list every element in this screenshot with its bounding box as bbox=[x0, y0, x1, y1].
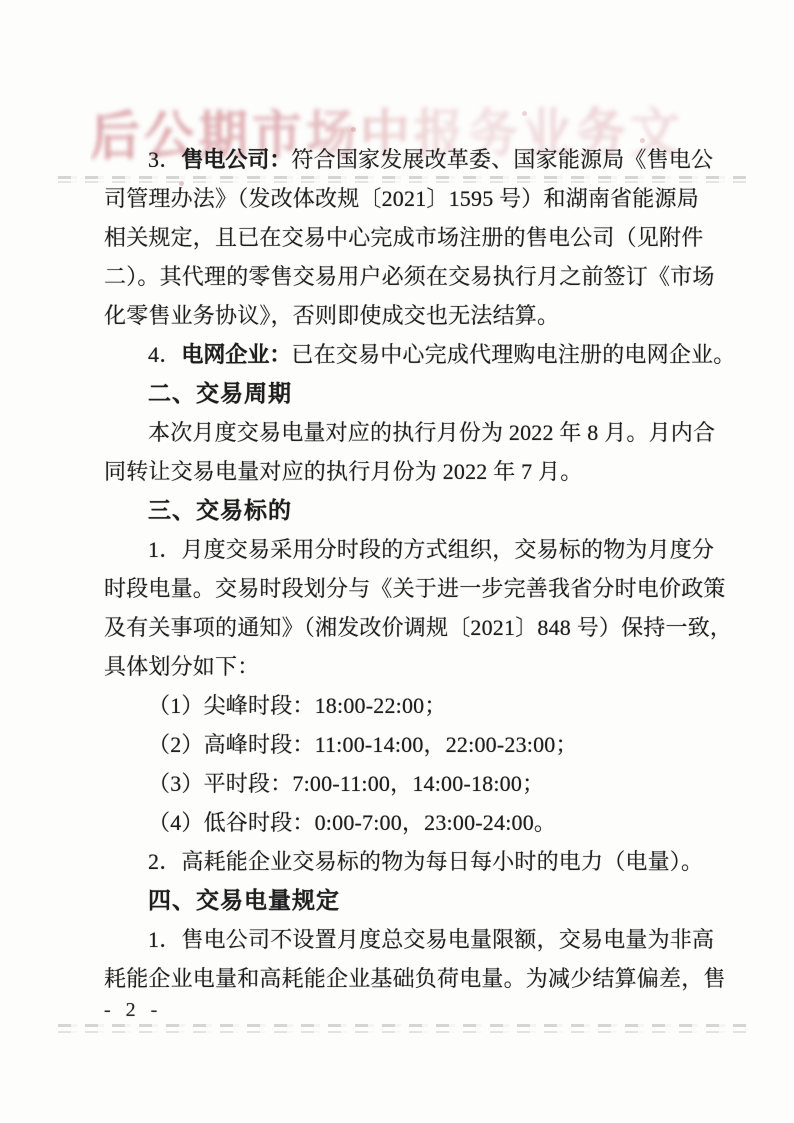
document-text-line: 司管理办法》（发改体改规〔2021〕1595 号）和湖南省能源局 bbox=[104, 179, 722, 218]
text-segment: 1．售电公司不设置月度总交易电量限额，交易电量为非高 bbox=[148, 927, 714, 952]
document-lines: 3．售电公司：符合国家发展改革委、国家能源局《售电公司管理办法》（发改体改规〔2… bbox=[104, 140, 722, 998]
document-text-line: 相关规定，且已在交易中心完成市场注册的售电公司（见附件 bbox=[104, 218, 722, 257]
text-segment: 符合国家发展改革委、国家能源局《售电公 bbox=[291, 147, 713, 172]
document-text-line: （3）平时段：7:00-11:00，14:00-18:00； bbox=[104, 764, 722, 803]
text-segment: （1）尖峰时段：18:00-22:00； bbox=[148, 693, 447, 718]
text-segment: 4． bbox=[148, 342, 181, 367]
text-segment: 售电公司： bbox=[181, 147, 291, 172]
document-text-line: （2）高峰时段：11:00-14:00，22:00-23:00； bbox=[104, 725, 722, 764]
text-segment: （3）平时段：7:00-11:00，14:00-18:00； bbox=[148, 771, 544, 796]
document-text-line: 同转让交易电量对应的执行月份为 2022 年 7 月。 bbox=[104, 452, 722, 491]
text-segment: 时段电量。交易时段划分与《关于进一步完善我省分时电价政策 bbox=[104, 576, 726, 601]
text-segment: 具体划分如下： bbox=[104, 654, 259, 679]
document-text-line: 2．高耗能企业交易标的物为每日每小时的电力（电量）。 bbox=[104, 842, 722, 881]
document-text-line: 具体划分如下： bbox=[104, 647, 722, 686]
document-text-line: 本次月度交易电量对应的执行月份为 2022 年 8 月。月内合 bbox=[104, 413, 722, 452]
text-segment: （2）高峰时段：11:00-14:00，22:00-23:00； bbox=[148, 732, 578, 757]
section-heading-line: 四、交易电量规定 bbox=[104, 881, 722, 920]
text-segment: 已在交易中心完成代理购电注册的电网企业。 bbox=[291, 342, 735, 367]
document-text-line: 1．售电公司不设置月度总交易电量限额，交易电量为非高 bbox=[104, 920, 722, 959]
text-segment: 相关规定，且已在交易中心完成市场注册的售电公司（见附件 bbox=[104, 225, 703, 250]
text-segment: 3． bbox=[148, 147, 181, 172]
text-segment: 2．高耗能企业交易标的物为每日每小时的电力（电量）。 bbox=[148, 849, 703, 874]
text-segment: 耗能企业电量和高耗能企业基础负荷电量。为减少结算偏差，售 bbox=[104, 966, 726, 991]
document-text-line: 3．售电公司：符合国家发展改革委、国家能源局《售电公 bbox=[104, 140, 722, 179]
section-heading-line: 三、交易标的 bbox=[104, 491, 722, 530]
text-segment: 化零售业务协议》，否则即使成交也无法结算。 bbox=[104, 303, 559, 328]
text-segment: 本次月度交易电量对应的执行月份为 2022 年 8 月。月内合 bbox=[148, 420, 715, 445]
section-heading-line: 二、交易周期 bbox=[104, 374, 722, 413]
scanned-document-page: 后公期市场中报务业务文 3．售电公司：符合国家发展改革委、国家能源局《售电公司管… bbox=[0, 0, 794, 1123]
text-segment: 及有关事项的通知》（湘发改价调规〔2021〕848 号）保持一致， bbox=[104, 615, 732, 640]
document-text-line: 耗能企业电量和高耗能企业基础负荷电量。为减少结算偏差，售 bbox=[104, 959, 722, 998]
document-text-line: （1）尖峰时段：18:00-22:00； bbox=[104, 686, 722, 725]
document-text-line: 时段电量。交易时段划分与《关于进一步完善我省分时电价政策 bbox=[104, 569, 722, 608]
document-text-line: 4．电网企业：已在交易中心完成代理购电注册的电网企业。 bbox=[104, 335, 722, 374]
document-text-line: （4）低谷时段：0:00-7:00，23:00-24:00。 bbox=[104, 803, 722, 842]
document-text-line: 及有关事项的通知》（湘发改价调规〔2021〕848 号）保持一致， bbox=[104, 608, 722, 647]
document-text-line: 化零售业务协议》，否则即使成交也无法结算。 bbox=[104, 296, 722, 335]
page-number: - 2 - bbox=[104, 999, 162, 1022]
scan-noise-line bbox=[58, 1031, 746, 1033]
scan-noise-line bbox=[58, 1024, 746, 1027]
text-segment: 同转让交易电量对应的执行月份为 2022 年 7 月。 bbox=[104, 459, 582, 484]
document-text-line: 二）。其代理的零售交易用户必须在交易执行月之前签订《市场 bbox=[104, 257, 722, 296]
text-segment: 电网企业： bbox=[181, 342, 291, 367]
red-ink-specks bbox=[0, 0, 3, 3]
text-segment: 司管理办法》（发改体改规〔2021〕1595 号）和湖南省能源局 bbox=[104, 186, 699, 211]
text-segment: 1．月度交易采用分时段的方式组织，交易标的物为月度分 bbox=[148, 537, 714, 562]
text-segment: 二）。其代理的零售交易用户必须在交易执行月之前签订《市场 bbox=[104, 264, 715, 289]
text-segment: （4）低谷时段：0:00-7:00，23:00-24:00。 bbox=[148, 810, 556, 835]
document-text-line: 1．月度交易采用分时段的方式组织，交易标的物为月度分 bbox=[104, 530, 722, 569]
text-segment: 三、交易标的 bbox=[148, 497, 292, 523]
text-segment: 二、交易周期 bbox=[148, 380, 292, 406]
text-segment: 四、交易电量规定 bbox=[148, 887, 340, 913]
